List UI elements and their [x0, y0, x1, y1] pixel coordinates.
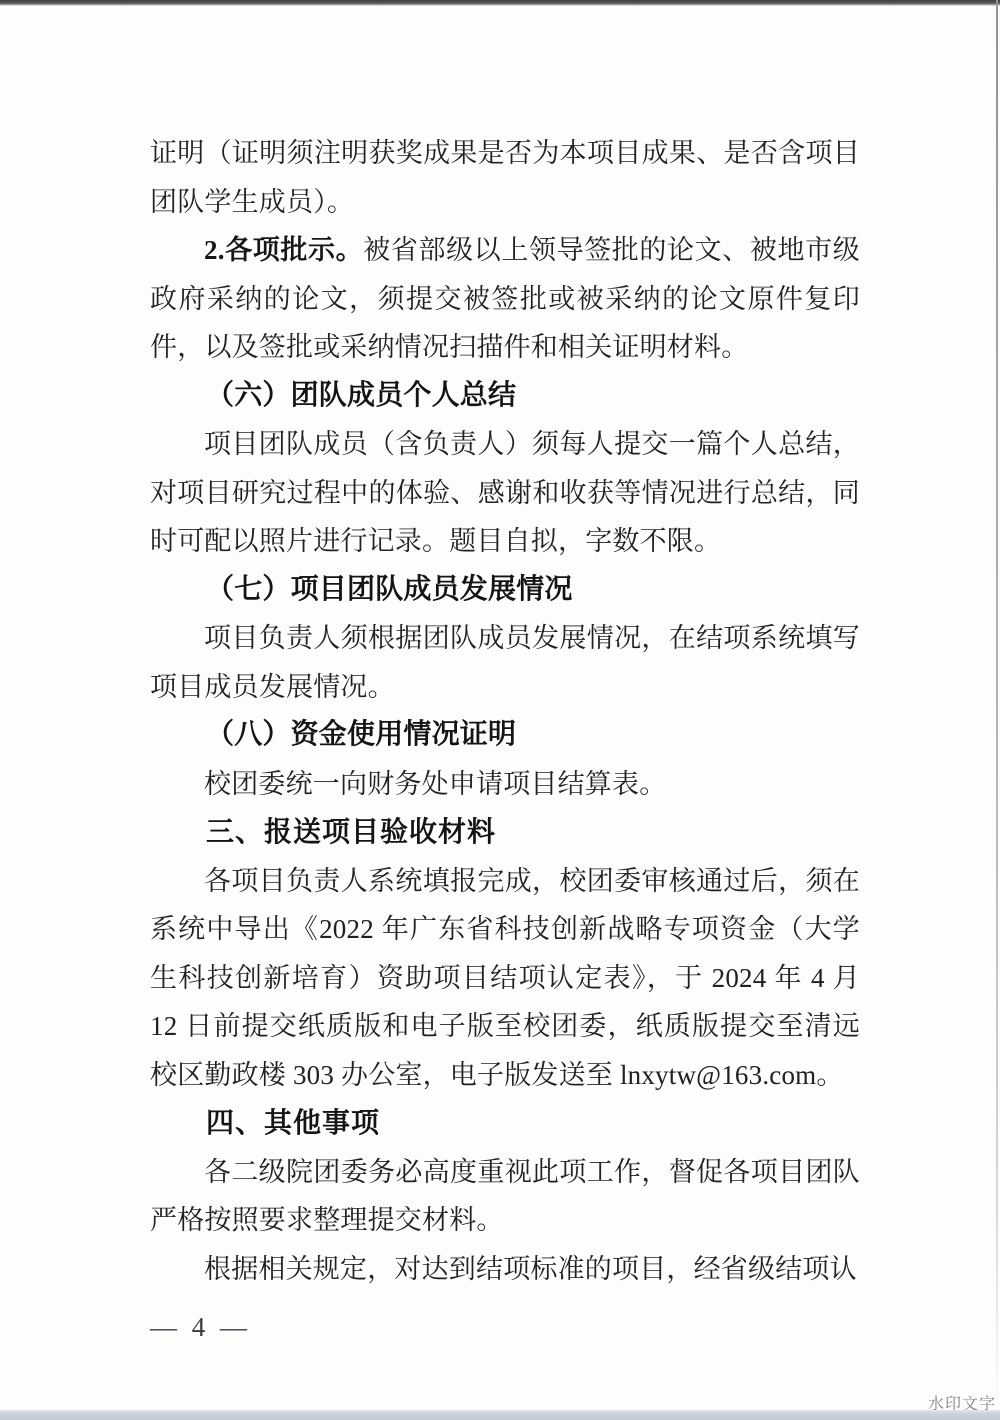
- body-paragraph: 各二级院团委务必高度重视此项工作，督促各项目团队严格按照要求整理提交材料。: [150, 1148, 860, 1245]
- body-paragraph: 各项目负责人系统填报完成，校团委审核通过后，须在系统中导出《2022 年广东省科…: [150, 857, 860, 1100]
- body-paragraph: 证明（证明须注明获奖成果是否为本项目成果、是否含项目团队学生成员）。: [150, 129, 860, 226]
- scan-edge-top: [0, 0, 1000, 6]
- section-heading: （七）项目团队成员发展情况: [150, 566, 860, 615]
- body-paragraph: 校团委统一向财务处申请项目结算表。: [150, 760, 860, 809]
- scan-edge-right: [996, 0, 998, 1420]
- numbered-heading: 四、其他事项: [150, 1099, 860, 1148]
- numbered-heading: 三、报送项目验收材料: [150, 808, 860, 857]
- body-paragraph: 项目负责人须根据团队成员发展情况，在结项系统填写项目成员发展情况。: [150, 614, 860, 711]
- body-paragraph: 根据相关规定，对达到结项标准的项目，经省级结项认: [150, 1245, 860, 1294]
- section-heading: （六）团队成员个人总结: [150, 372, 860, 421]
- scan-edge-bottom: [0, 1410, 1000, 1420]
- document-body: 证明（证明须注明获奖成果是否为本项目成果、是否含项目团队学生成员）。 2.各项批…: [150, 129, 860, 1293]
- document-page: 证明（证明须注明获奖成果是否为本项目成果、是否含项目团队学生成员）。 2.各项批…: [0, 0, 1000, 1420]
- paragraph-lead: 2.各项批示。: [204, 235, 363, 265]
- section-heading: （八）资金使用情况证明: [150, 711, 860, 760]
- body-paragraph: 2.各项批示。被省部级以上领导签批的论文、被地市级政府采纳的论文，须提交被签批或…: [150, 226, 860, 372]
- page-number: — 4 —: [150, 1312, 251, 1343]
- body-paragraph: 项目团队成员（含负责人）须每人提交一篇个人总结，对项目研究过程中的体验、感谢和收…: [150, 420, 860, 566]
